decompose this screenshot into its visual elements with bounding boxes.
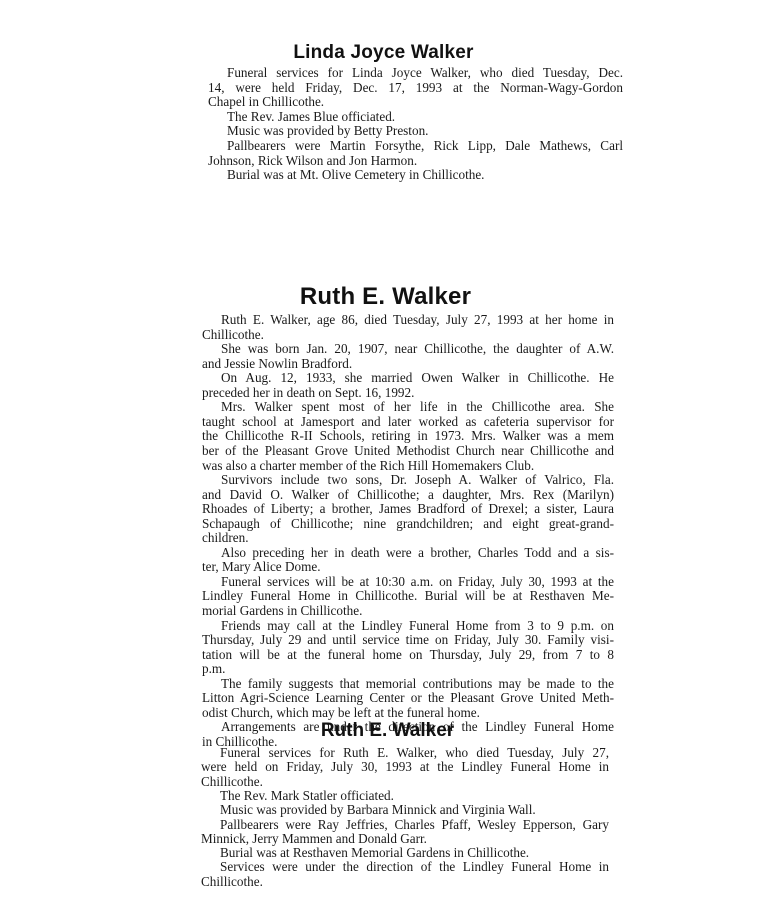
text-line: Minnick, Jerry Mammen and Donald Garr. [201,832,427,846]
text-line: Chillicothe. [202,328,264,342]
text-line: The Rev. James Blue officiated. [227,110,395,124]
text-line: ter, Mary Alice Dome. [202,560,321,574]
text-line: The Rev. Mark Statler officiated. [220,789,394,803]
text-line: Services were under the direction of the… [220,860,609,874]
text-line: Funeral services will be at 10:30 a.m. o… [221,575,614,589]
text-line: preceded her in death on Sept. 16, 1992. [202,386,414,400]
obituary-title-ruth-e-walker: Ruth E. Walker [0,283,759,311]
text-line: Pallbearers were Ray Jeffries, Charles P… [220,818,609,832]
text-line: On Aug. 12, 1933, she married Owen Walke… [221,371,614,385]
text-line: the Chillicothe R-II Schools, retiring i… [202,429,614,443]
text-line: Also preceding her in death were a broth… [221,546,614,560]
text-line: Lindley Funeral Home in Chillicothe. Bur… [202,589,614,603]
text-line: and David O. Walker of Chillicothe; a da… [202,488,614,502]
text-line: Chillicothe. [201,775,263,789]
obituary-title-linda-joyce-walker: Linda Joyce Walker [0,42,759,64]
text-line: Ruth E. Walker, age 86, died Tuesday, Ju… [221,313,614,327]
text-line: Johnson, Rick Wilson and Jon Harmon. [208,154,417,168]
text-line: odist Church, which may be left at the f… [202,706,480,720]
text-line: Survivors include two sons, Dr. Joseph A… [221,473,614,487]
text-line: Friends may call at the Lindley Funeral … [221,619,614,633]
text-line: children. [202,531,249,545]
text-line: Schapaugh of Chillicothe; nine grandchil… [202,517,614,531]
text-line: Music was provided by Barbara Minnick an… [220,803,536,817]
text-line: taught school at Jamesport and later wor… [202,415,614,429]
text-line: was also a charter member of the Rich Hi… [202,459,534,473]
text-line: and Jessie Nowlin Bradford. [202,357,352,371]
text-line: Chapel in Chillicothe. [208,95,324,109]
scanned-obituary-page: Linda Joyce Walker Funeral services for … [0,0,759,907]
text-line: Chillicothe. [201,875,263,889]
text-line: Funeral services for Linda Joyce Walker,… [227,66,623,80]
text-line: Litton Agri-Science Learning Center or t… [202,691,614,705]
text-line: Burial was at Resthaven Memorial Gardens… [220,846,529,860]
text-line: Thursday, July 29 and until service time… [202,633,614,647]
text-line: Rhoades of Liberty; a brother, James Bra… [202,502,614,516]
text-line: Funeral services for Ruth E. Walker, who… [220,746,609,760]
text-line: ber of the Pleasant Grove United Methodi… [202,444,614,458]
funeral-notice-title-ruth-e-walker: Ruth E. Walker [0,720,759,742]
text-line: Music was provided by Betty Preston. [227,124,428,138]
text-line: The family suggests that memorial contri… [221,677,614,691]
text-line: 14, were held Friday, Dec. 17, 1993 at t… [208,81,623,95]
text-line: tation will be at the funeral home on Th… [202,648,614,662]
text-line: were held on Friday, July 30, 1993 at th… [201,760,609,774]
text-line: morial Gardens in Chillicothe. [202,604,362,618]
text-line: Mrs. Walker spent most of her life in th… [221,400,614,414]
text-line: Burial was at Mt. Olive Cemetery in Chil… [227,168,484,182]
text-line: She was born Jan. 20, 1907, near Chillic… [221,342,614,356]
text-line: Pallbearers were Martin Forsythe, Rick L… [227,139,623,153]
text-line: p.m. [202,662,225,676]
